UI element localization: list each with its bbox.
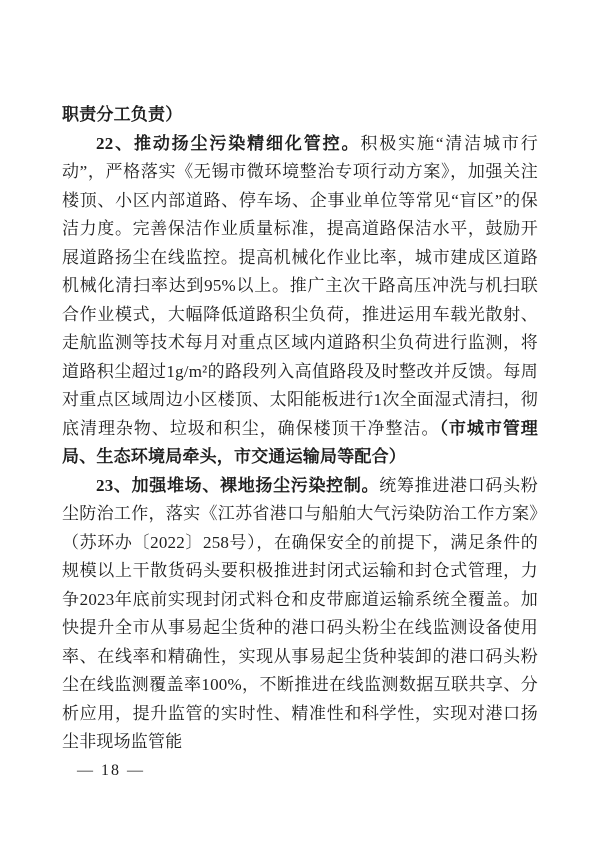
text-run-regular: 统筹推进港口码头粉尘防治工作，落实《江苏省港口与船舶大气污染防治工作方案》（苏环… [62, 476, 538, 752]
text-run-emphasis: 22、推动扬尘污染精细化管控。 [96, 134, 360, 153]
text-run-regular: 积极实施“清洁城市行动”，严格落实《无锡市微环境整治专项行动方案》，加强关注楼顶… [62, 134, 538, 438]
paragraph-item-22: 22、推动扬尘污染精细化管控。积极实施“清洁城市行动”，严格落实《无锡市微环境整… [62, 130, 538, 472]
text-run-emphasis: 23、加强堆场、裸地扬尘污染控制。 [96, 476, 379, 495]
page-number: — 18 — [77, 762, 145, 780]
paragraphs-container: 22、推动扬尘污染精细化管控。积极实施“清洁城市行动”，严格落实《无锡市微环境整… [62, 130, 538, 757]
document-page: 职责分工负责） 22、推动扬尘污染精细化管控。积极实施“清洁城市行动”，严格落实… [0, 0, 600, 848]
paragraph-item-23: 23、加强堆场、裸地扬尘污染控制。统筹推进港口码头粉尘防治工作，落实《江苏省港口… [62, 472, 538, 757]
continuation-line: 职责分工负责） [62, 101, 538, 130]
document-body: 职责分工负责） 22、推动扬尘污染精细化管控。积极实施“清洁城市行动”，严格落实… [62, 101, 538, 757]
